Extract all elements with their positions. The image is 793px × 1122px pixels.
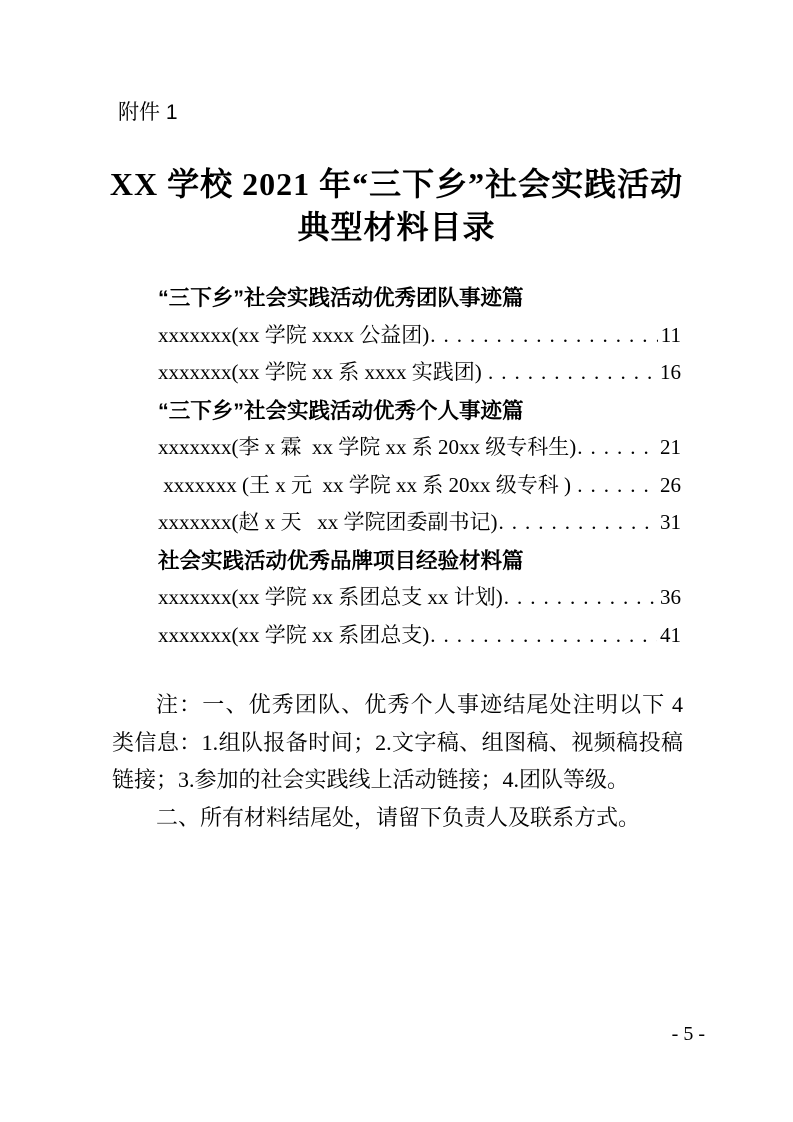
toc-entry: xxxxxxx(xx 学院 xx 系团总支 xx 计划) 36	[158, 581, 681, 619]
toc-heading: 社会实践活动优秀品牌项目经验材料篇	[158, 544, 681, 582]
toc-page-number: 26	[660, 473, 681, 498]
toc-entry-label: xxxxxxx(赵 x 天 xx 学院团委副书记)	[158, 506, 498, 536]
toc-page-number: 36	[660, 585, 681, 610]
title-line-1: XX 学校 2021 年“三下乡”社会实践活动	[60, 163, 733, 206]
toc-entry: xxxxxxx(xx 学院 xx 系 xxxx 实践团) 16	[158, 356, 681, 394]
toc-page-number: 41	[660, 623, 681, 648]
toc-entry: xxxxxxx(xx 学院 xx 系团总支) 41	[158, 619, 681, 657]
toc-entry-label: xxxxxxx(xx 学院 xx 系 xxxx 实践团)	[158, 356, 487, 386]
toc-entry-label: xxxxxxx(李 x 霖 xx 学院 xx 系 20xx 级专科生)	[158, 431, 576, 461]
title-line-2: 典型材料目录	[60, 206, 733, 249]
toc-dot-leader	[499, 510, 658, 535]
toc-entry: xxxxxxx (王 x 元 xx 学院 xx 系 20xx 级专科 ) 26	[158, 469, 681, 507]
toc-page-number: 21	[660, 435, 681, 460]
toc-heading: “三下乡”社会实践活动优秀个人事迹篇	[158, 394, 681, 432]
document-title: XX 学校 2021 年“三下乡”社会实践活动 典型材料目录	[60, 163, 733, 249]
toc-heading-label: “三下乡”社会实践活动优秀团队事迹篇	[158, 281, 524, 312]
toc-dot-leader	[577, 473, 657, 498]
toc-dot-leader	[430, 623, 657, 648]
toc-page-number: 31	[660, 510, 681, 535]
toc-entry-label: xxxxxxx (王 x 元 xx 学院 xx 系 20xx 级专科 )	[158, 469, 576, 499]
toc-entry-label: xxxxxxx(xx 学院 xx 系团总支 xx 计划)	[158, 581, 503, 611]
toc-heading-label: 社会实践活动优秀品牌项目经验材料篇	[158, 544, 524, 575]
toc-page-number: 11	[661, 323, 681, 348]
note-paragraph-1: 注：一、优秀团队、优秀个人事迹结尾处注明以下 4 类信息：1.组队报备时间；2.…	[112, 686, 683, 799]
document-page: 附件 1 XX 学校 2021 年“三下乡”社会实践活动 典型材料目录 “三下乡…	[0, 0, 793, 1122]
toc-dot-leader	[488, 360, 657, 385]
toc-entry-label: xxxxxxx(xx 学院 xx 系团总支)	[158, 619, 429, 649]
toc-entry-label: xxxxxxx(xx 学院 xxxx 公益团)	[158, 319, 429, 349]
toc-dot-leader	[430, 323, 658, 348]
toc-dot-leader	[504, 585, 657, 610]
toc-entry: xxxxxxx(xx 学院 xxxx 公益团) 11	[158, 319, 681, 357]
attachment-label: 附件 1	[118, 100, 178, 126]
notes-section: 注：一、优秀团队、优秀个人事迹结尾处注明以下 4 类信息：1.组队报备时间；2.…	[112, 686, 683, 836]
page-number: - 5 -	[672, 1023, 705, 1046]
toc-entry: xxxxxxx(李 x 霖 xx 学院 xx 系 20xx 级专科生) 21	[158, 431, 681, 469]
toc-heading: “三下乡”社会实践活动优秀团队事迹篇	[158, 281, 681, 319]
note-paragraph-2: 二、所有材料结尾处，请留下负责人及联系方式。	[112, 799, 683, 837]
toc-list: “三下乡”社会实践活动优秀团队事迹篇 xxxxxxx(xx 学院 xxxx 公益…	[158, 281, 681, 656]
toc-page-number: 16	[660, 360, 681, 385]
toc-dot-leader	[577, 435, 657, 460]
toc-heading-label: “三下乡”社会实践活动优秀个人事迹篇	[158, 394, 524, 425]
toc-entry: xxxxxxx(赵 x 天 xx 学院团委副书记) 31	[158, 506, 681, 544]
